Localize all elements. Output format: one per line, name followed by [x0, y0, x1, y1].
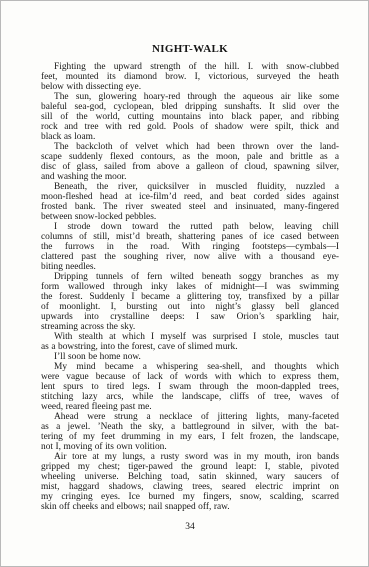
- paragraph: Air tore at my lungs, a rusty sword was …: [41, 452, 339, 512]
- text-line: With stealth at which I myself was surpr…: [41, 332, 339, 342]
- page-number: 34: [41, 522, 339, 532]
- text-line: gripped my chest; tiger-pawed the ground…: [41, 462, 339, 472]
- body-text: Fighting the upward strength of the hill…: [41, 62, 339, 512]
- text-line: and washing the moor.: [41, 172, 339, 182]
- text-line: I strode down toward the rutted path bel…: [41, 222, 339, 232]
- text-line: as a jewel. ’Neath the sky, a battlegrou…: [41, 422, 339, 432]
- text-line: wheeling universe. Belching toad, satin …: [41, 472, 339, 482]
- text-line: I’ll soon be home now.: [41, 352, 339, 362]
- text-line: moon-fleshed head at ice-film’d reed, an…: [41, 192, 339, 202]
- text-line: black as loam.: [41, 132, 339, 142]
- text-line: columns of still, mist’d breath, shatter…: [41, 232, 339, 242]
- text-line: Fighting the upward strength of the hill…: [41, 62, 339, 72]
- text-line: the furrows in the road. With ringing fo…: [41, 242, 339, 252]
- text-line: streaming across the sky.: [41, 322, 339, 332]
- paragraph: The backcloth of velvet which had been t…: [41, 142, 339, 182]
- text-block: NIGHT-WALK Fighting the upward strength …: [41, 43, 339, 532]
- paragraph: Dripping tunnels of fern wilted beneath …: [41, 272, 339, 332]
- paragraph: I strode down toward the rutted path bel…: [41, 222, 339, 272]
- text-line: between snow-locked pebbles.: [41, 212, 339, 222]
- paragraph: With stealth at which I myself was surpr…: [41, 332, 339, 352]
- text-line: frosted bank. The river sweated steel an…: [41, 202, 339, 212]
- text-line: clattered past the soughing river, now a…: [41, 252, 339, 262]
- text-line: feet, mounted its diamond brow. I, victo…: [41, 72, 339, 82]
- text-line: Dripping tunnels of fern wilted beneath …: [41, 272, 339, 282]
- text-line: upwards into crystalline deeps: I saw Or…: [41, 312, 339, 322]
- text-line: weed, reared fleeing past me.: [41, 402, 339, 412]
- text-line: baleful sea-god, cyclopean, bled drippin…: [41, 102, 339, 112]
- paragraph: My mind became a whispering sea-shell, a…: [41, 362, 339, 412]
- paragraph: Fighting the upward strength of the hill…: [41, 62, 339, 92]
- text-line: Ahead were strung a necklace of jitterin…: [41, 412, 339, 422]
- text-line: disc of glass, sailed from above a galle…: [41, 162, 339, 172]
- text-line: as a bowstring, into the forest, cave of…: [41, 342, 339, 352]
- text-line: my cringing eyes. Ice burned my fingers,…: [41, 492, 339, 502]
- text-line: stitching lazy arcs, while the landscape…: [41, 392, 339, 402]
- text-line: tering of my feet drumming in my ears, I…: [41, 432, 339, 442]
- text-line: of moonlight. I, bursting out into night…: [41, 302, 339, 312]
- text-line: scape suddenly flexed contours, as the m…: [41, 152, 339, 162]
- text-line: Beneath, the river, quicksilver in muscl…: [41, 182, 339, 192]
- text-line: biting needles.: [41, 262, 339, 272]
- text-line: the forest. Suddenly I became a glitteri…: [41, 292, 339, 302]
- text-line: not I, moving of its own volition.: [41, 442, 339, 452]
- text-line: skin off cheeks and elbows; nail snapped…: [41, 502, 339, 512]
- text-line: Air tore at my lungs, a rusty sword was …: [41, 452, 339, 462]
- text-line: My mind became a whispering sea-shell, a…: [41, 362, 339, 372]
- book-page: NIGHT-WALK Fighting the upward strength …: [0, 0, 369, 567]
- text-line: lent spurs to tired legs. I swam through…: [41, 382, 339, 392]
- paragraph: Beneath, the river, quicksilver in muscl…: [41, 182, 339, 222]
- text-line: The sun, glowering hoary-red through the…: [41, 92, 339, 102]
- paragraph: I’ll soon be home now.: [41, 352, 339, 362]
- text-line: below with dissecting eye.: [41, 82, 339, 92]
- text-line: mist, haggard shadows, clawing trees, se…: [41, 482, 339, 492]
- text-line: were vague because of lack of words with…: [41, 372, 339, 382]
- text-line: form wallowed through inky lakes of midn…: [41, 282, 339, 292]
- text-line: rock and tree with red gold. Pools of sh…: [41, 122, 339, 132]
- page-title: NIGHT-WALK: [41, 43, 339, 55]
- paragraph: Ahead were strung a necklace of jitterin…: [41, 412, 339, 452]
- paragraph: The sun, glowering hoary-red through the…: [41, 92, 339, 142]
- text-line: The backcloth of velvet which had been t…: [41, 142, 339, 152]
- text-line: sill of the world, cutting mountains int…: [41, 112, 339, 122]
